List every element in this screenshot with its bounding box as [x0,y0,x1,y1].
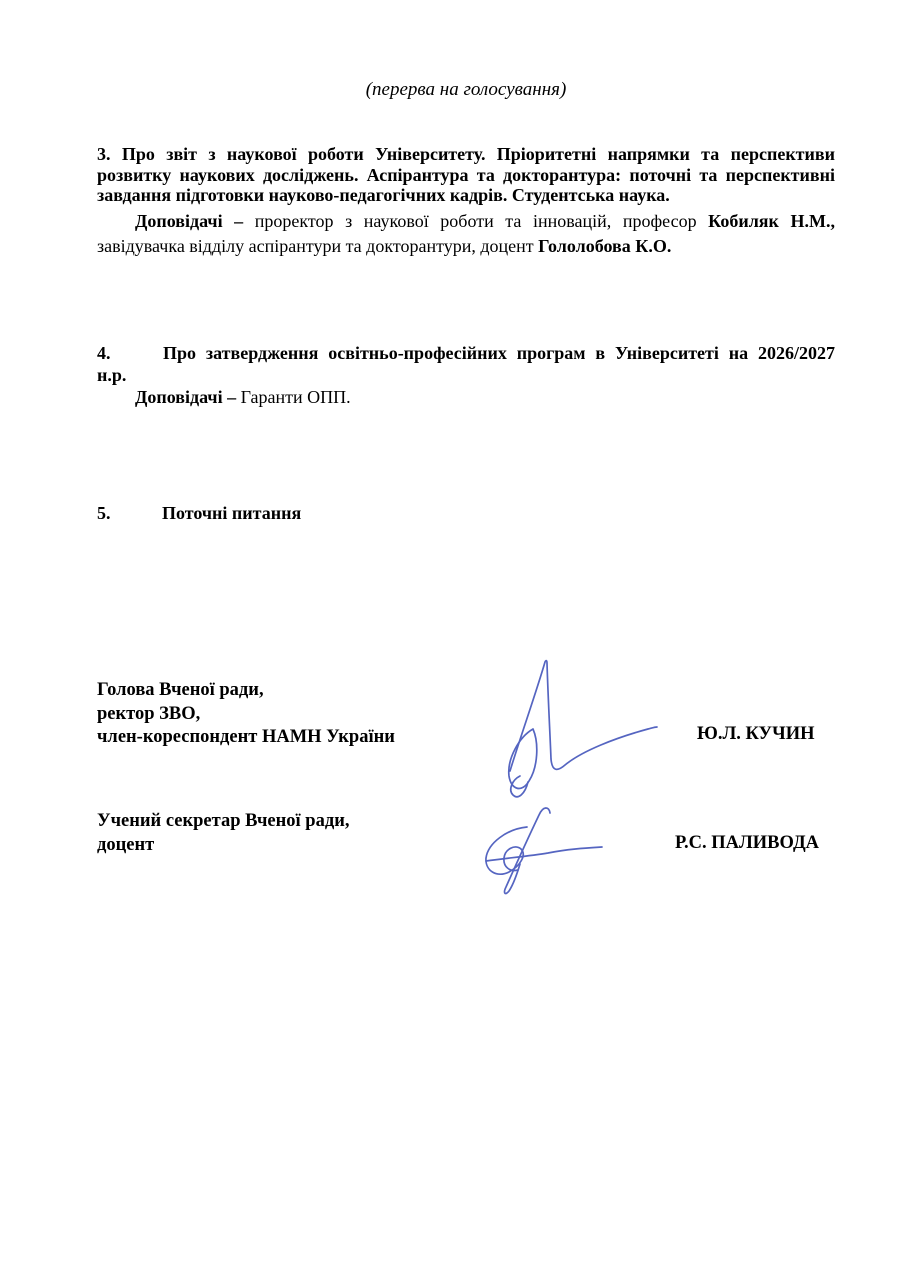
document-page: (перерва на голосування) 3. Про звіт з н… [0,0,900,1272]
role-line: Учений секретар Вченої ради, [97,810,527,834]
speaker-name: Кобиляк Н.М., [708,211,835,231]
agenda-item-4-heading-line-1: Про затвердження освітньо-професійних пр… [97,343,835,365]
agenda-item-3: 3. Про звіт з наукової роботи Університе… [97,144,835,257]
agenda-item-3-heading-line-3: завдання підготовки науково-педагогічних… [97,185,835,206]
speaker-name: Гололобова К.О. [538,236,671,256]
agenda-item-5-number: 5. [97,503,111,524]
voting-break-note: (перерва на голосування) [97,78,835,102]
signature-block-secretary-roles: Учений секретар Вченої ради, доцент [97,810,527,857]
role-line: член-кореспондент НАМН України [97,726,527,750]
agenda-item-3-heading-line-2: розвитку наукових досліджень. Аспірантур… [97,165,835,186]
secretary-name: Р.С. ПАЛИВОДА [675,833,819,854]
speakers-label: Доповідачі – [135,387,236,407]
agenda-item-5: 5. Поточні питання [97,503,835,524]
agenda-item-3-speakers-line-1: Доповідачі – проректор з наукової роботи… [97,211,835,232]
speakers-description: завідувачка відділу аспірантури та докто… [97,236,534,256]
speakers-description: проректор з наукової роботи та інновацій… [255,211,697,231]
agenda-item-3-heading-line-1: 3. Про звіт з наукової роботи Університе… [97,144,835,165]
speakers-label: Доповідачі – [135,211,243,231]
agenda-item-4-number: 4. [97,343,111,365]
role-line: Голова Вченої ради, [97,679,527,703]
agenda-item-4-heading-line-2: н.р. [97,365,835,387]
signature-block-chairman-roles: Голова Вченої ради, ректор ЗВО, член-кор… [97,679,527,750]
agenda-item-4: 4. Про затвердження освітньо-професійних… [97,343,835,409]
secretary-signature [476,793,616,898]
agenda-item-5-title: Поточні питання [97,503,835,524]
chairman-name: Ю.Л. КУЧИН [697,724,814,745]
chairman-signature [488,648,663,798]
agenda-item-4-speakers-line: Доповідачі – Гаранти ОПП. [97,387,835,409]
role-line: доцент [97,834,527,858]
role-line: ректор ЗВО, [97,703,527,727]
speakers-description: Гаранти ОПП. [241,387,351,407]
agenda-item-3-speakers-line-2: завідувачка відділу аспірантури та докто… [97,236,835,257]
